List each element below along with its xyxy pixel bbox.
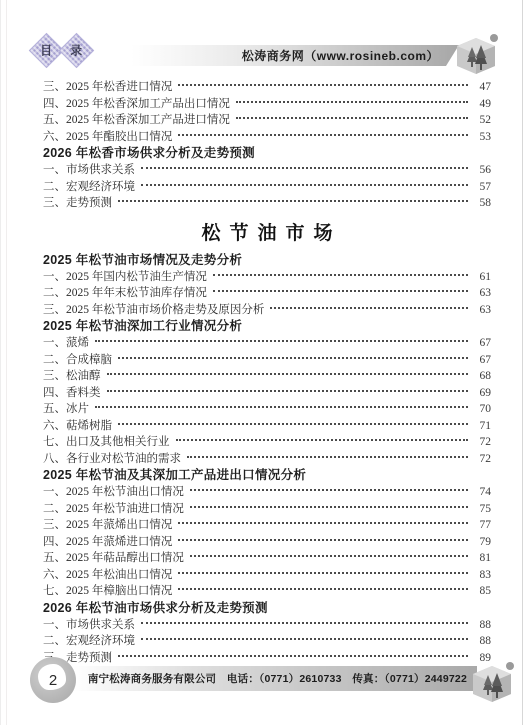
toc-entry-page: 70 [473, 401, 491, 418]
toc-entry: 六、2025 年松油出口情况83 [43, 567, 491, 584]
footer-bar: 南宁松涛商务服务有限公司 电话：（0771）2610733 传真：（0771）2… [73, 666, 477, 691]
dot-leader [107, 390, 469, 392]
toc-entry: 一、市场供求关系56 [43, 162, 491, 179]
toc-entry: 七、出口及其他相关行业72 [43, 434, 491, 451]
dot-leader [190, 506, 468, 508]
toc-entry: 五、冰片70 [43, 401, 491, 418]
toc-entry-page: 72 [473, 434, 491, 451]
section-title: 松节油市场 [43, 212, 491, 252]
page-left-edge [6, 0, 7, 725]
toc-entry: 七、2025 年樟脑出口情况85 [43, 583, 491, 600]
toc-entry: 三、2025 年松节油市场价格走势及原因分析63 [43, 302, 491, 319]
toc-entry: 三、走势预测89 [43, 650, 491, 667]
toc-entry-page: 68 [473, 368, 491, 385]
toc-entry-label: 二、宏观经济环境 [43, 179, 135, 196]
toc-entry: 一、蒎烯67 [43, 335, 491, 352]
toc-entry-page: 49 [473, 96, 491, 113]
toc-heading: 2026 年松香市场供求分析及走势预测 [43, 145, 491, 162]
toc-entry: 五、2025 年松香深加工产品进口情况52 [43, 112, 491, 129]
toc-entry: 四、2025 年蒎烯进口情况79 [43, 534, 491, 551]
toc-entry-page: 52 [473, 112, 491, 129]
toc-heading: 2025 年松节油深加工行业情况分析 [43, 318, 491, 335]
document-page: 目 录 松涛商务网（www.rosineb.com） 三、2025 年松香进口情… [0, 0, 528, 725]
toc-entry-page: 57 [473, 179, 491, 196]
toc-entry-label: 七、2025 年樟脑出口情况 [43, 583, 172, 600]
toc-entry-label: 三、松油醇 [43, 368, 101, 385]
toc-entry-label: 八、各行业对松节油的需求 [43, 451, 181, 468]
toc-entry-page: 75 [473, 501, 491, 518]
dot-leader [178, 134, 468, 136]
toc-entry-page: 88 [473, 617, 491, 634]
toc-entry: 二、2025 年年末松节油库存情况63 [43, 285, 491, 302]
dot-leader [178, 572, 468, 574]
dot-leader [178, 84, 468, 86]
toc-heading: 2025 年松节油及其深加工产品进出口情况分析 [43, 467, 491, 484]
dot-leader [107, 373, 469, 375]
toc-entry: 二、宏观经济环境57 [43, 179, 491, 196]
toc-entry-page: 47 [473, 79, 491, 96]
dot-leader [190, 489, 468, 491]
header-bar: 松涛商务网（www.rosineb.com） [131, 45, 459, 66]
toc-entry-label: 一、市场供求关系 [43, 162, 135, 179]
dot-leader [141, 622, 468, 624]
toc-entry-page: 85 [473, 583, 491, 600]
toc-diamond-icon: 录 [59, 33, 94, 68]
toc-badge: 目 录 [34, 38, 94, 63]
toc-entry-page: 69 [473, 385, 491, 402]
toc-entry-label: 二、2025 年年末松节油库存情况 [43, 285, 207, 302]
pine-tree-cube-logo-icon [469, 660, 515, 704]
page-number-badge: 2 [30, 657, 76, 703]
dot-leader [190, 555, 468, 557]
toc-entry-page: 61 [473, 269, 491, 286]
dot-leader [187, 456, 468, 458]
toc-entry-label: 二、宏观经济环境 [43, 633, 135, 650]
toc-entry-label: 三、走势预测 [43, 195, 112, 212]
toc-entry-label: 五、2025 年萜品醇出口情况 [43, 550, 184, 567]
toc-entry-page: 67 [473, 352, 491, 369]
toc-entry-page: 72 [473, 451, 491, 468]
toc-entry-label: 二、合成樟脑 [43, 352, 112, 369]
toc-entry-label: 五、2025 年松香深加工产品进口情况 [43, 112, 230, 129]
dot-leader [118, 200, 468, 202]
toc-entry-page: 63 [473, 285, 491, 302]
toc-entry: 三、松油醇68 [43, 368, 491, 385]
dot-leader [118, 423, 468, 425]
dot-leader [270, 307, 468, 309]
dot-leader [141, 638, 468, 640]
toc-entry-label: 六、萜烯树脂 [43, 418, 112, 435]
page-number: 2 [49, 672, 57, 689]
toc-entry: 一、2025 年国内松节油生产情况61 [43, 269, 491, 286]
toc-entry: 二、宏观经济环境88 [43, 633, 491, 650]
dot-leader [236, 117, 468, 119]
toc-entry: 六、萜烯树脂71 [43, 418, 491, 435]
dot-leader [141, 167, 468, 169]
toc-entry: 三、2025 年蒎烯出口情况77 [43, 517, 491, 534]
toc-entry-label: 三、2025 年松节油市场价格走势及原因分析 [43, 302, 264, 319]
dot-leader [95, 340, 468, 342]
page-right-edge [522, 0, 523, 725]
toc-entry-page: 71 [473, 418, 491, 435]
pine-tree-cube-logo-icon [453, 32, 499, 76]
dot-leader [178, 522, 468, 524]
dot-leader [141, 184, 468, 186]
toc-entry-label: 七、出口及其他相关行业 [43, 434, 170, 451]
toc-entry-label: 一、2025 年国内松节油生产情况 [43, 269, 207, 286]
toc-char-2: 录 [70, 42, 82, 59]
table-of-contents: 三、2025 年松香进口情况47四、2025 年松香深加工产品出口情况49五、2… [43, 79, 491, 666]
toc-entry-label: 二、2025 年松节油进口情况 [43, 501, 184, 518]
toc-entry-label: 一、市场供求关系 [43, 617, 135, 634]
toc-char-1: 目 [40, 42, 52, 59]
toc-entry-label: 四、2025 年蒎烯进口情况 [43, 534, 172, 551]
toc-entry-page: 79 [473, 534, 491, 551]
toc-entry-page: 56 [473, 162, 491, 179]
toc-entry: 一、2025 年松节油出口情况74 [43, 484, 491, 501]
toc-entry-page: 63 [473, 302, 491, 319]
dot-leader [95, 406, 468, 408]
toc-entry: 二、2025 年松节油进口情况75 [43, 501, 491, 518]
toc-entry-page: 53 [473, 129, 491, 146]
toc-entry-page: 74 [473, 484, 491, 501]
dot-leader [178, 588, 468, 590]
toc-entry-label: 一、2025 年松节油出口情况 [43, 484, 184, 501]
toc-heading: 2026 年松节油市场供求分析及走势预测 [43, 600, 491, 617]
toc-entry-page: 67 [473, 335, 491, 352]
toc-entry: 二、合成樟脑67 [43, 352, 491, 369]
toc-entry-page: 83 [473, 567, 491, 584]
toc-entry: 三、走势预测58 [43, 195, 491, 212]
toc-entry-label: 三、2025 年松香进口情况 [43, 79, 172, 96]
dot-leader [118, 357, 468, 359]
dot-leader [213, 274, 468, 276]
toc-entry: 四、2025 年松香深加工产品出口情况49 [43, 96, 491, 113]
dot-leader [178, 539, 468, 541]
toc-entry: 一、市场供求关系88 [43, 617, 491, 634]
dot-leader [213, 290, 468, 292]
toc-entry: 五、2025 年萜品醇出口情况81 [43, 550, 491, 567]
toc-entry: 六、2025 年酯胶出口情况53 [43, 129, 491, 146]
toc-entry-label: 一、蒎烯 [43, 335, 89, 352]
toc-entry: 四、香料类69 [43, 385, 491, 402]
toc-entry: 三、2025 年松香进口情况47 [43, 79, 491, 96]
toc-entry-label: 三、2025 年蒎烯出口情况 [43, 517, 172, 534]
dot-leader [118, 655, 468, 657]
dot-leader [236, 101, 468, 103]
toc-entry-page: 81 [473, 550, 491, 567]
toc-entry-page: 58 [473, 195, 491, 212]
toc-entry-label: 六、2025 年松油出口情况 [43, 567, 172, 584]
dot-leader [176, 439, 469, 441]
toc-entry-label: 四、香料类 [43, 385, 101, 402]
toc-entry-label: 五、冰片 [43, 401, 89, 418]
toc-entry-label: 六、2025 年酯胶出口情况 [43, 129, 172, 146]
site-label: 松涛商务网（www.rosineb.com） [242, 47, 459, 64]
toc-entry-label: 四、2025 年松香深加工产品出口情况 [43, 96, 230, 113]
toc-entry-page: 77 [473, 517, 491, 534]
company-info: 南宁松涛商务服务有限公司 电话：（0771）2610733 传真：（0771）2… [88, 671, 477, 686]
toc-heading: 2025 年松节油市场情况及走势分析 [43, 252, 491, 269]
toc-entry: 八、各行业对松节油的需求72 [43, 451, 491, 468]
toc-entry-page: 88 [473, 633, 491, 650]
